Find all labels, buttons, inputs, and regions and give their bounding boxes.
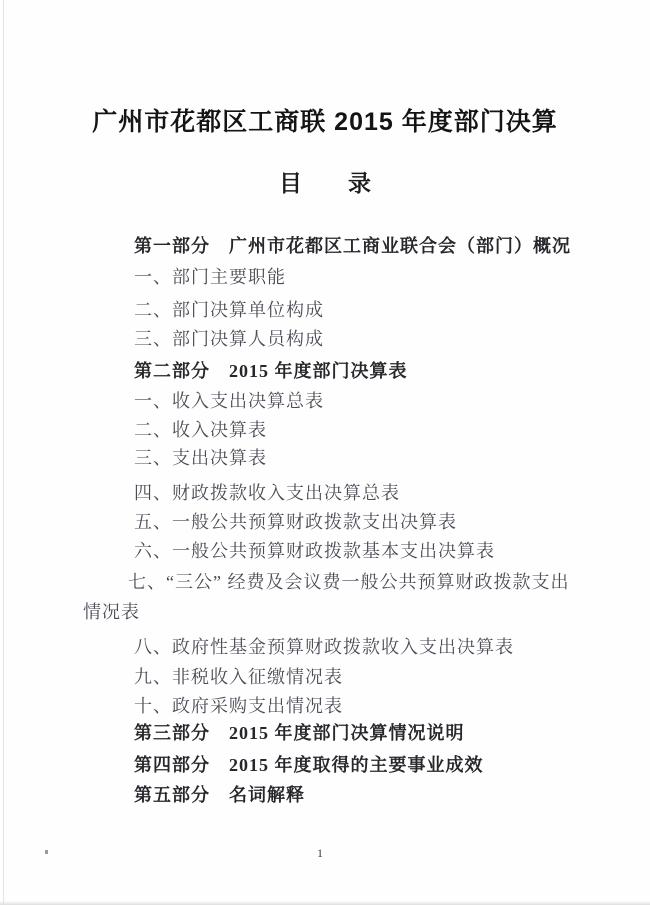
- toc-p2-item-3: 三、支出决算表: [134, 447, 267, 469]
- toc-p2-item-2: 二、收入决算表: [134, 419, 267, 441]
- toc-part-4-heading: 第四部分 2015 年度取得的主要事业成效: [134, 754, 484, 776]
- toc-p2-item-10: 十、政府采购支出情况表: [134, 695, 343, 717]
- toc-p2-item-9: 九、非税收入征缴情况表: [134, 666, 343, 688]
- toc-part-2-heading: 第二部分 2015 年度部门决算表: [134, 360, 408, 382]
- toc-p2-item-5: 五、一般公共预算财政拨款支出决算表: [134, 511, 457, 533]
- document-title: 广州市花都区工商联 2015 年度部门决算: [0, 107, 650, 137]
- toc-part-1-heading: 第一部分 广州市花都区工商业联合会（部门）概况: [134, 235, 571, 257]
- toc-part-3-heading: 第三部分 2015 年度部门决算情况说明: [134, 722, 465, 744]
- toc-p1-item-3: 三、部门决算人员构成: [134, 328, 324, 350]
- toc-p2-item-7: 七、“三公” 经费及会议费一般公共预算财政拨款支出: [128, 571, 569, 593]
- page-number: 1: [317, 846, 323, 860]
- toc-part-5-heading: 第五部分 名词解释: [134, 784, 305, 806]
- scan-speck-artifact: [45, 850, 48, 854]
- toc-p2-item-4: 四、财政拨款收入支出决算总表: [134, 482, 400, 504]
- toc-p2-item-1: 一、收入支出决算总表: [134, 390, 324, 412]
- toc-heading: 目 录: [0, 170, 650, 198]
- toc-p1-item-1: 一、部门主要职能: [134, 266, 286, 288]
- toc-p1-item-2: 二、部门决算单位构成: [134, 299, 324, 321]
- toc-p2-item-8: 八、政府性基金预算财政拨款收入支出决算表: [134, 636, 514, 658]
- scanned-document-page: 广州市花都区工商联 2015 年度部门决算 目 录 第一部分 广州市花都区工商业…: [0, 0, 650, 905]
- toc-p2-item-6: 六、一般公共预算财政拨款基本支出决算表: [134, 540, 495, 562]
- toc-p2-item-7-wrap: 情况表: [83, 601, 140, 623]
- scan-bottom-shadow: [0, 901, 650, 905]
